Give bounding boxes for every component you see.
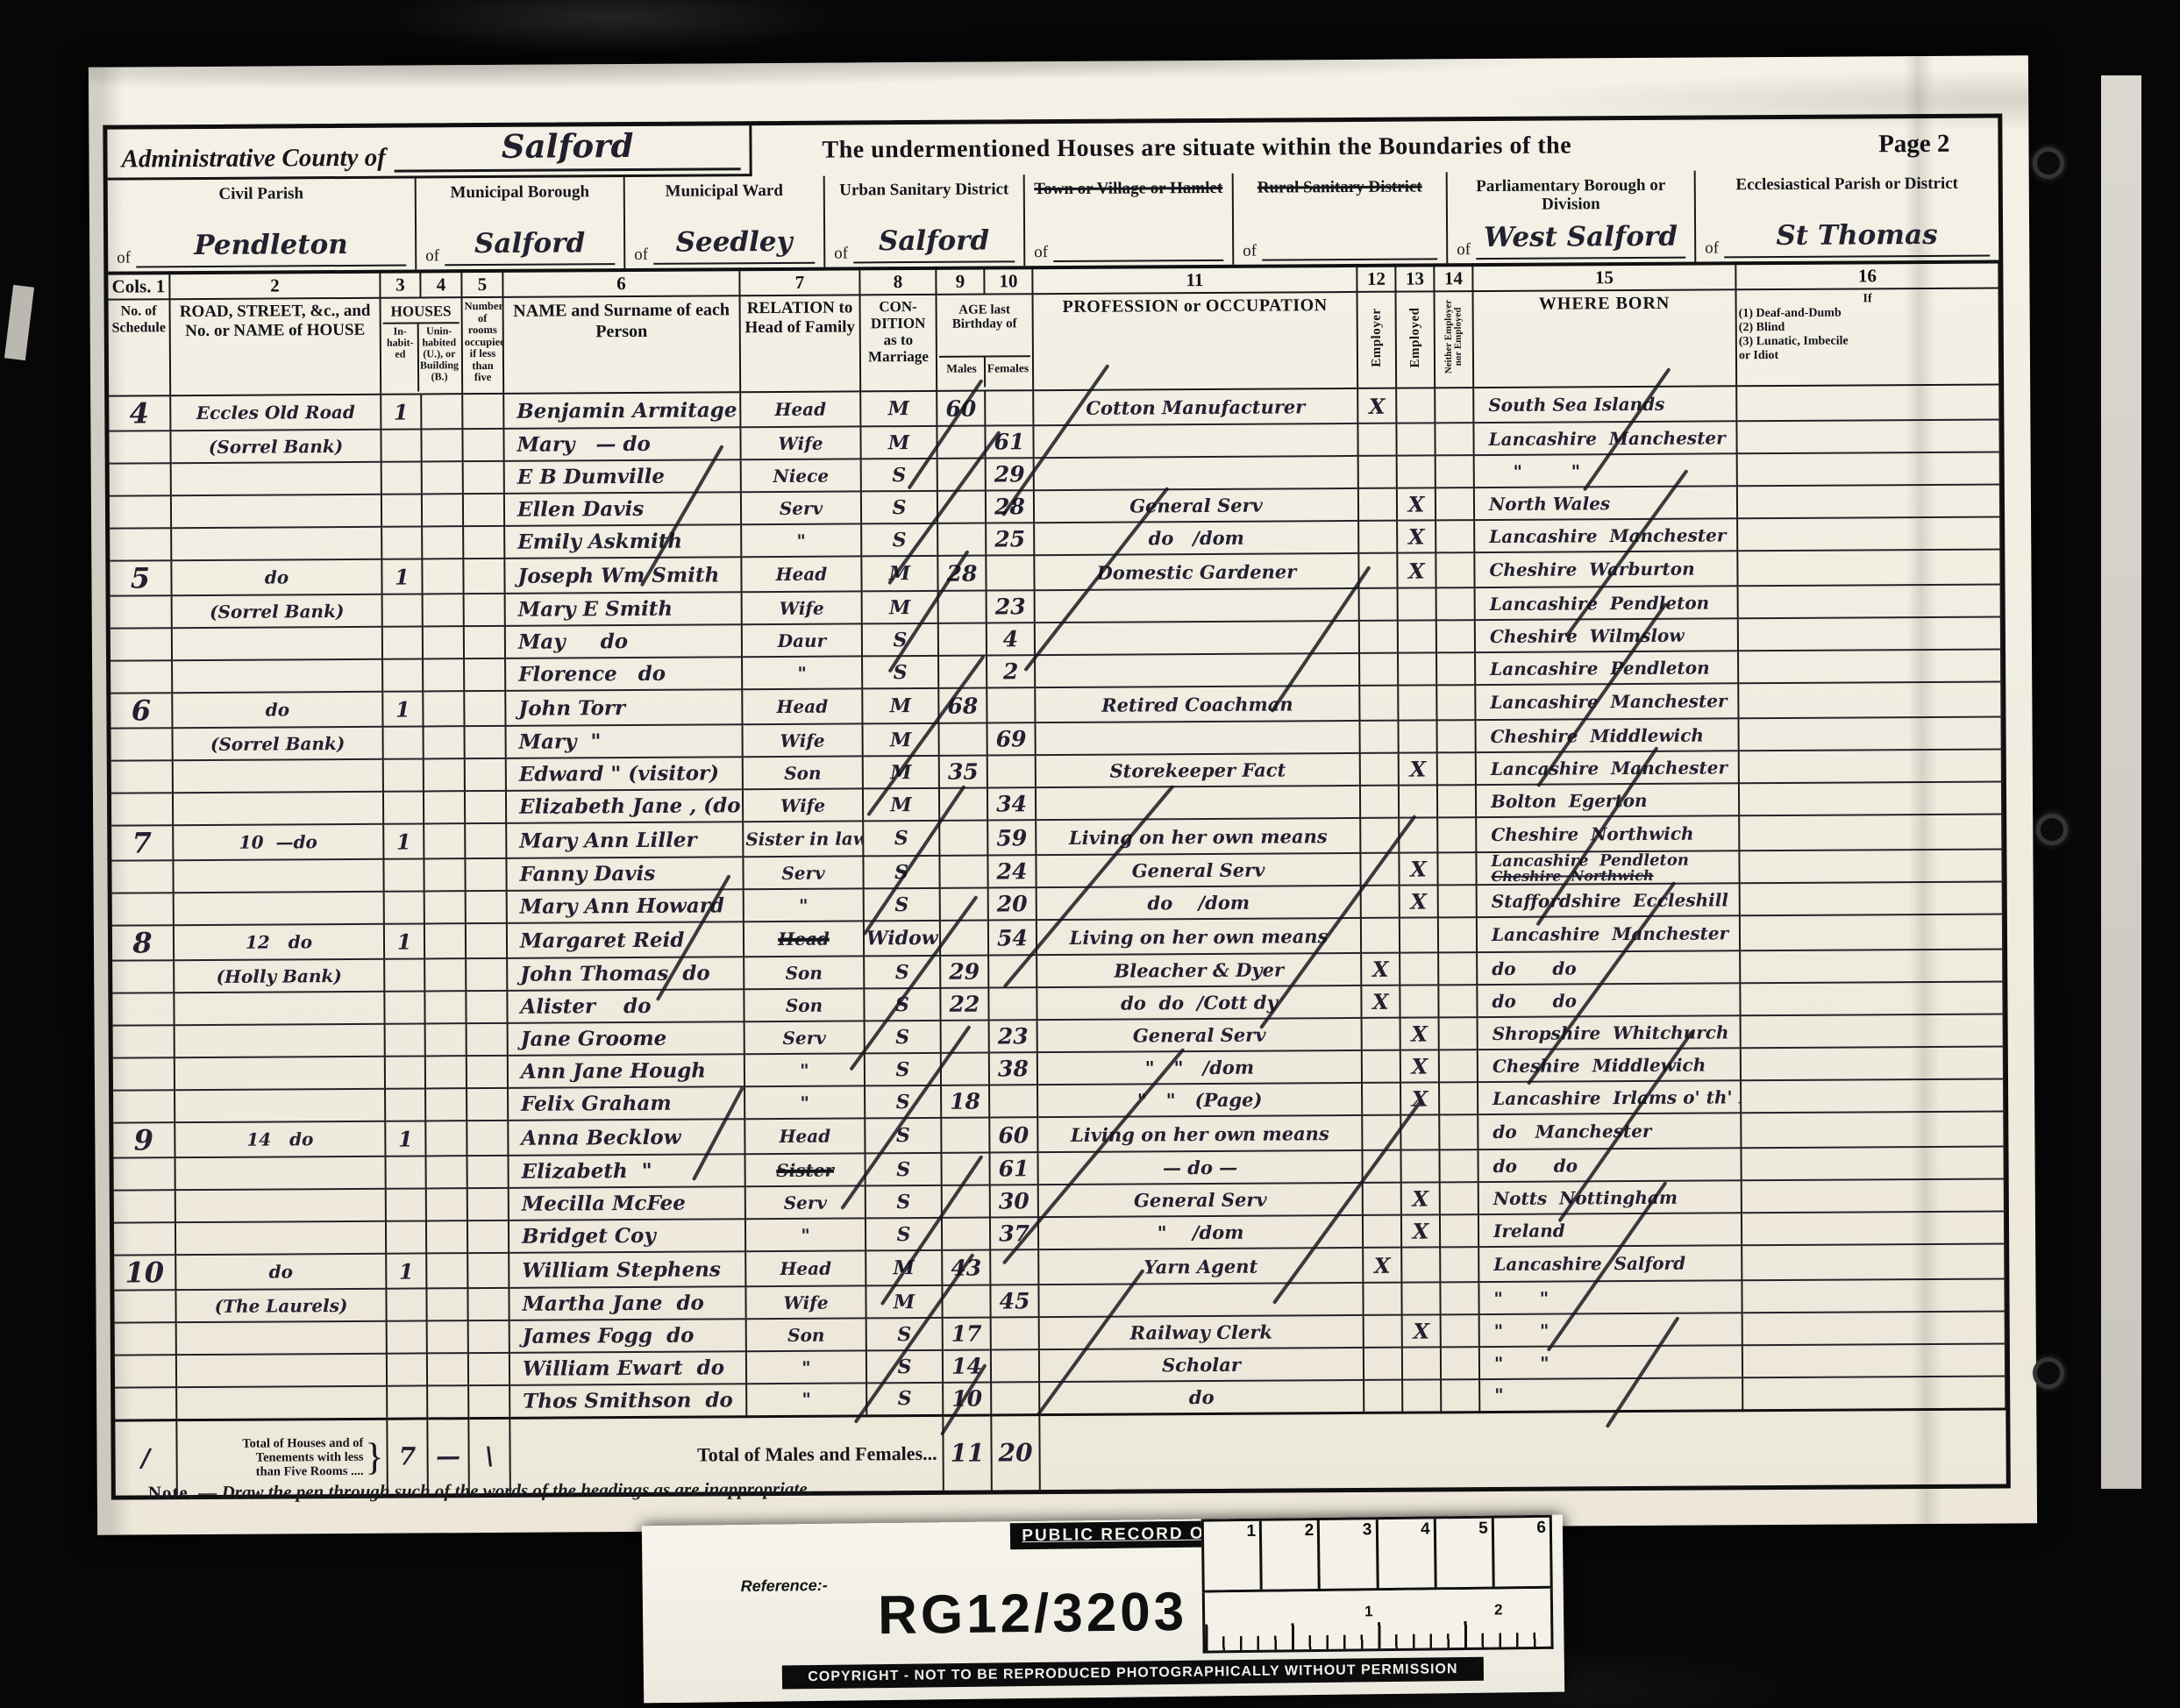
cell-condition: S (861, 491, 937, 524)
cell-relation: " (745, 1218, 866, 1251)
cell-condition: M (866, 1250, 942, 1286)
cell-inhabited (384, 958, 424, 991)
cell-born: " " (1479, 1345, 1742, 1379)
cell-employer: X (1363, 1248, 1401, 1283)
cell-employed (1399, 785, 1437, 817)
cell-infirm (1739, 781, 2002, 815)
cell-schedule (109, 431, 170, 463)
film-scratch (4, 285, 34, 360)
cell-relation: Serv (743, 856, 863, 889)
cell-rooms (466, 958, 507, 991)
cell-neither (1436, 487, 1474, 520)
cell-schedule (115, 1387, 176, 1420)
cell-employed (1401, 1282, 1440, 1314)
cell-neither (1438, 917, 1477, 952)
cell-inhabited (383, 858, 424, 891)
county-value: Salford (395, 127, 741, 172)
cell-employed: X (1399, 852, 1437, 885)
cell-address: 14 do (175, 1121, 385, 1157)
cell-inhabited (381, 526, 422, 559)
cell-employer (1358, 553, 1397, 588)
reference-number: RG12/3203 (878, 1581, 1188, 1647)
cell-schedule: 10 (114, 1255, 175, 1290)
cell-inhabited (387, 1353, 427, 1385)
cell-born: Lancashire Salford (1478, 1245, 1742, 1282)
cell-employed (1400, 985, 1438, 1017)
cell-condition: S (866, 1218, 942, 1251)
cell-rooms (464, 691, 505, 726)
cell-uninhabited (423, 691, 464, 726)
cell-occupation: — do — (1037, 1150, 1362, 1185)
cell-occupation: " " /dom (1037, 1050, 1362, 1085)
cell-relation: Niece (741, 459, 861, 492)
district-value (1262, 223, 1437, 260)
footnote: Note. — Draw the pen through such of the… (148, 1478, 812, 1505)
cell-infirm (1742, 1178, 2005, 1213)
cell-address (175, 1156, 386, 1190)
cell-age_f: 60 (989, 1117, 1037, 1152)
cell-employed (1400, 952, 1438, 985)
cell-age_f (988, 955, 1037, 987)
cell-neither (1441, 1347, 1479, 1379)
cell-name: Thos Smithson do (509, 1384, 746, 1418)
cell-born: Cheshire Northwich (1476, 815, 1739, 852)
ruler-scale: 123456 (1201, 1515, 1553, 1593)
cell-employer (1357, 423, 1396, 456)
cell-name: John Thomas do (507, 957, 744, 991)
cell-inhabited (384, 991, 424, 1023)
cell-relation: " (746, 1383, 866, 1416)
cell-neither (1437, 785, 1476, 817)
cell-age_m (939, 821, 987, 856)
film-strip-edge (2101, 75, 2141, 1489)
cell-age_m (937, 491, 986, 523)
cell-rooms (467, 1023, 508, 1056)
cell-infirm (1741, 1078, 2004, 1113)
cell-name: Emily Askmith (504, 524, 741, 559)
col-number: 2 (169, 272, 380, 299)
col-number: 12 (1357, 266, 1395, 292)
district-value: Salford (445, 228, 615, 266)
cell-infirm (1741, 1046, 2004, 1080)
cell-uninhabited (427, 1353, 468, 1385)
cell-neither (1439, 1082, 1478, 1114)
header-neither: Neither Employer nor Employed (1434, 291, 1473, 388)
cell-infirm (1740, 981, 2003, 1015)
cell-employer (1362, 1115, 1400, 1150)
cell-condition: S (866, 1318, 943, 1351)
cell-age_m (938, 723, 987, 756)
cell-occupation: General Serv (1037, 1018, 1362, 1052)
ruler-cell: 5 (1436, 1519, 1494, 1588)
cell-name: E B Dumville (504, 459, 741, 494)
cell-infirm (1736, 419, 1999, 453)
cell-inhabited: 1 (383, 823, 424, 858)
cell-name: Jane Groome (508, 1021, 744, 1056)
cell-born: Notts Nottingham (1478, 1180, 1742, 1214)
cell-occupation: Living on her own means (1036, 818, 1360, 855)
cell-neither (1437, 817, 1476, 852)
cell-age_m (939, 856, 987, 888)
cell-infirm (1739, 749, 2002, 783)
census-rows: 4Eccles Old Road1Benjamin ArmitageHeadM6… (109, 384, 2005, 1420)
cell-rooms (463, 526, 504, 559)
cell-inhabited (385, 1056, 425, 1088)
cell-inhabited: 1 (381, 394, 421, 429)
ruler-ticks: 12 (1202, 1589, 1554, 1654)
cell-schedule (113, 1025, 175, 1057)
cell-inhabited (385, 1023, 425, 1056)
cell-inhabited (383, 726, 424, 758)
cell-occupation: do /dom (1037, 886, 1361, 920)
cell-employed: X (1400, 1017, 1439, 1050)
cell-employer (1362, 1050, 1400, 1083)
cell-name: Ellen Davis (504, 492, 741, 526)
cell-condition: M (866, 1285, 942, 1319)
district-value: Salford (853, 225, 1015, 263)
cell-uninhabited (425, 1056, 467, 1088)
cell-employed (1402, 1347, 1441, 1379)
cell-address (171, 495, 381, 528)
cell-uninhabited (424, 823, 465, 858)
cell-born: do Manchester (1478, 1113, 1741, 1149)
cell-age_m (942, 1185, 990, 1218)
column-labels-row: No. of Schedule ROAD, STREET, &c., and N… (109, 288, 2000, 395)
cell-relation: Sister in law (743, 821, 863, 857)
ruler-cell: 1 (1204, 1521, 1263, 1591)
cell-inhabited (382, 658, 423, 691)
cell-born: Lancashire Manchester (1473, 421, 1736, 455)
cell-uninhabited (423, 658, 464, 691)
cell-employed (1400, 1149, 1439, 1182)
header-houses: HOUSES In-habit-ed Unin-habited (U.), or… (381, 297, 463, 395)
cell-schedule (112, 893, 174, 925)
col-number: 9 (936, 268, 984, 295)
cell-age_m: 43 (942, 1250, 990, 1285)
cell-born: do do (1477, 983, 1740, 1017)
cell-employer (1364, 1348, 1402, 1380)
cell-address (176, 1386, 387, 1420)
cell-inhabited (386, 1156, 426, 1188)
cell-address (173, 759, 383, 793)
cell-condition: M (862, 723, 938, 757)
copyright-bar: COPYRIGHT - NOT TO BE REPRODUCED PHOTOGR… (782, 1657, 1484, 1690)
cell-rooms (468, 1385, 509, 1418)
cell-age_f: 37 (990, 1217, 1038, 1249)
cell-inhabited (381, 494, 422, 526)
cell-relation: Son (744, 956, 864, 989)
cell-employer (1360, 786, 1399, 818)
cell-employer (1362, 1150, 1400, 1183)
cell-infirm (1741, 1111, 2004, 1148)
cell-occupation: Living on her own means (1037, 918, 1361, 955)
cell-schedule (113, 1090, 175, 1122)
ruler-sub-number: 1 (1364, 1603, 1373, 1620)
cell-born: Lancashire Pendleton (1475, 651, 1738, 685)
cell-schedule (115, 1322, 176, 1355)
cell-occupation: General Serv (1036, 853, 1360, 887)
cell-condition: S (865, 1085, 941, 1119)
cell-uninhabited (426, 1221, 467, 1253)
cell-age_m (939, 788, 987, 821)
cell-relation: Sister (744, 1153, 865, 1186)
cell-age_f: 54 (988, 920, 1037, 955)
cell-age_m: 29 (940, 956, 988, 988)
cell-occupation (1038, 1283, 1363, 1317)
cell-neither (1436, 552, 1474, 587)
cell-schedule (111, 793, 173, 825)
pro-stamp-card: PUBLIC RECORD OFFICE Reference:- RG12/32… (642, 1515, 1564, 1704)
cell-infirm (1738, 584, 2001, 618)
cell-neither (1438, 985, 1477, 1017)
cell-inhabited (382, 594, 423, 626)
cell-infirm (1742, 1343, 2005, 1377)
cell-condition: S (862, 623, 938, 657)
cell-neither (1440, 1182, 1478, 1214)
cell-inhabited (382, 626, 423, 658)
cell-relation: " (744, 1053, 865, 1086)
cell-born: Lancashire Manchester (1477, 915, 1740, 952)
cell-infirm (1742, 1376, 2005, 1410)
district-value (1053, 224, 1223, 262)
cell-employer (1360, 818, 1399, 853)
cell-born: Cheshire Middlewich (1475, 718, 1738, 752)
cell-age_f: 23 (989, 1020, 1037, 1052)
cell-uninhabited (427, 1385, 468, 1418)
cell-neither (1439, 1050, 1478, 1082)
cell-inhabited (383, 758, 424, 791)
cell-rooms (467, 1188, 509, 1221)
cell-infirm (1739, 849, 2002, 883)
cell-name: Joseph Wm Smith (504, 557, 741, 594)
col-number: Cols. 1 (108, 273, 169, 299)
cell-infirm (1738, 616, 2001, 651)
cell-occupation: do do /Cott dy (1037, 986, 1361, 1020)
cell-occupation: Bleacher & Dyer (1037, 953, 1361, 987)
header-age: AGE last Birthday of Males Females (937, 294, 1034, 391)
cell-condition: S (865, 1118, 941, 1154)
cell-relation: Daur (742, 623, 862, 657)
cell-condition: M (863, 788, 939, 822)
cell-address: do (171, 559, 381, 595)
cell-inhabited (385, 1088, 425, 1121)
header-infirmities: If (1) Deaf-and-Dumb (2) Blind (3) Lunat… (1735, 288, 1999, 386)
cell-condition: S (863, 821, 939, 857)
header-road: ROAD, STREET, &c., and No. or NAME of HO… (170, 298, 381, 395)
cell-rooms (467, 1253, 509, 1288)
microfilm-scan: { "page": { "admin_label": "Administrati… (0, 0, 2180, 1708)
cell-condition: S (865, 1153, 941, 1186)
col-number: 13 (1395, 265, 1434, 291)
cell-condition: S (862, 656, 938, 689)
cell-neither (1438, 952, 1477, 985)
cell-employed: X (1401, 1182, 1440, 1214)
cell-name: Mary " (506, 724, 743, 758)
cell-age_m (942, 1218, 990, 1250)
district-civil-parish: Civil Parish ofPendleton (108, 178, 417, 271)
cell-age_m (938, 591, 987, 623)
cell-inhabited (381, 429, 421, 461)
cell-inhabited: 1 (384, 923, 424, 958)
cell-name: Alister do (507, 989, 744, 1023)
cell-infirm (1739, 814, 2002, 850)
cell-age_f: 45 (990, 1285, 1038, 1317)
col-number: 7 (739, 268, 859, 295)
cell-neither (1438, 885, 1477, 917)
cell-occupation: Scholar (1039, 1348, 1364, 1382)
district-rural-sanitary: Rural Sanitary District of (1234, 172, 1449, 264)
cell-employer (1361, 918, 1400, 953)
cell-uninhabited (422, 461, 463, 494)
cell-born: North Wales (1474, 486, 1737, 520)
cell-employer (1358, 488, 1397, 521)
cell-address (176, 1354, 387, 1387)
cell-employer: X (1357, 388, 1396, 423)
cell-address: (Sorrel Bank) (170, 430, 381, 463)
cell-condition: S (865, 1053, 941, 1086)
header-born: WHERE BORN (1472, 289, 1736, 388)
cell-condition: M (861, 556, 937, 592)
cell-born: " (1479, 1377, 1742, 1412)
cell-occupation: Retired Coachman (1035, 686, 1359, 722)
cell-name: Felix Graham (508, 1086, 744, 1121)
cell-age_m (938, 656, 987, 688)
cell-born: do do (1478, 1148, 1741, 1182)
cell-condition: M (862, 688, 938, 724)
ruler-cell: 2 (1262, 1520, 1321, 1590)
cell-schedule (114, 1222, 175, 1255)
cell-age_f: 20 (988, 887, 1037, 920)
header-occupation: PROFESSION or OCCUPATION (1033, 292, 1358, 390)
cell-employer (1364, 1315, 1402, 1348)
cell-uninhabited (424, 891, 466, 923)
cell-born: Shropshire Whitchurch (1478, 1015, 1741, 1050)
cell-occupation: Yarn Agent (1038, 1248, 1363, 1285)
cell-uninhabited (424, 758, 465, 791)
cell-rooms (464, 594, 505, 626)
cell-address: do (172, 692, 382, 728)
cell-neither (1436, 652, 1475, 685)
totals-empty (1039, 1408, 2006, 1490)
cell-condition: M (862, 591, 938, 624)
cell-schedule (110, 495, 171, 528)
cell-employer (1359, 588, 1398, 621)
cell-age_f: 2 (987, 655, 1035, 687)
cell-age_f (991, 1349, 1039, 1382)
cell-rooms (467, 1288, 509, 1320)
cell-schedule: 4 (109, 395, 170, 431)
cell-relation: Son (746, 1318, 866, 1351)
cell-inhabited (387, 1385, 427, 1418)
cell-name: Anna Becklow (508, 1119, 744, 1156)
cell-infirm (1742, 1243, 2005, 1280)
col-number: 16 (1735, 261, 1998, 289)
cell-uninhabited (425, 1023, 467, 1056)
cell-uninhabited (426, 1188, 467, 1221)
cell-name: Mary Ann Howard (507, 889, 744, 923)
cell-rooms (467, 1221, 509, 1253)
cell-employed (1399, 817, 1437, 852)
cell-rooms (463, 494, 504, 526)
cell-neither (1436, 685, 1475, 720)
header-males: Males (939, 358, 986, 388)
cell-occupation (1035, 653, 1359, 687)
cell-age_f (991, 1317, 1039, 1349)
cell-schedule (111, 760, 173, 793)
cell-uninhabited (425, 1121, 467, 1156)
cell-uninhabited (421, 394, 462, 429)
district-parliamentary: Parliamentary Borough or Division ofWest… (1448, 171, 1697, 264)
col-number: 6 (502, 269, 739, 297)
district-urban-sanitary: Urban Sanitary District ofSalford (825, 174, 1026, 267)
cell-occupation: General Serv (1038, 1183, 1363, 1217)
cell-occupation (1036, 786, 1360, 820)
cell-neither (1436, 587, 1475, 620)
cell-age_m (941, 1021, 989, 1053)
cell-occupation: do (1039, 1380, 1364, 1414)
cell-schedule (111, 860, 173, 893)
cell-age_f (989, 1085, 1037, 1117)
page-number: Page 2 (1878, 129, 1950, 158)
header-employed: Employed (1395, 291, 1435, 388)
cell-employer (1362, 1018, 1400, 1050)
cell-age_f (987, 687, 1035, 722)
cell-rooms (467, 1156, 508, 1188)
cell-born: Lancashire Manchester (1476, 751, 1739, 785)
cell-name: Mary — do (503, 427, 740, 461)
district-town-village: Town or Village or Hamlet of (1025, 174, 1235, 266)
cell-schedule (110, 628, 172, 660)
cell-schedule (110, 660, 172, 693)
cell-employed (1398, 652, 1436, 685)
cell-infirm (1740, 881, 2003, 915)
cell-rooms (468, 1353, 509, 1385)
cell-relation: Head (745, 1250, 866, 1286)
cell-employer (1360, 753, 1399, 786)
cell-condition: S (861, 523, 937, 557)
cell-rooms (465, 758, 506, 791)
cell-employed: X (1400, 1050, 1439, 1082)
cell-relation: Serv (744, 1021, 865, 1054)
cell-neither (1441, 1379, 1479, 1412)
cell-occupation: " /dom (1038, 1215, 1363, 1249)
cell-occupation (1035, 721, 1359, 755)
cell-employed (1398, 685, 1436, 720)
cell-name: James Fogg do (509, 1319, 746, 1353)
cell-rooms (464, 626, 505, 658)
cell-rooms (466, 891, 507, 923)
cell-employer (1360, 853, 1399, 886)
cell-infirm (1738, 716, 2001, 751)
cell-infirm (1742, 1211, 2005, 1245)
cell-address: (Holly Bank) (174, 959, 384, 993)
cell-schedule (114, 1190, 175, 1222)
cell-infirm (1737, 516, 2000, 551)
cell-rooms (462, 429, 503, 461)
col-number: 11 (1032, 266, 1357, 294)
cell-address: 12 do (174, 924, 384, 960)
cell-age_f: 61 (989, 1152, 1037, 1185)
cell-age_f: 23 (987, 590, 1035, 623)
cell-rooms (468, 1320, 509, 1353)
county-label: Administrative County of (121, 144, 386, 174)
cell-schedule (111, 728, 173, 760)
cell-relation: Wife (742, 723, 862, 757)
cell-inhabited (381, 461, 422, 494)
cell-condition: S (866, 1350, 943, 1384)
cell-employer (1362, 1083, 1400, 1115)
cell-schedule (110, 528, 171, 560)
